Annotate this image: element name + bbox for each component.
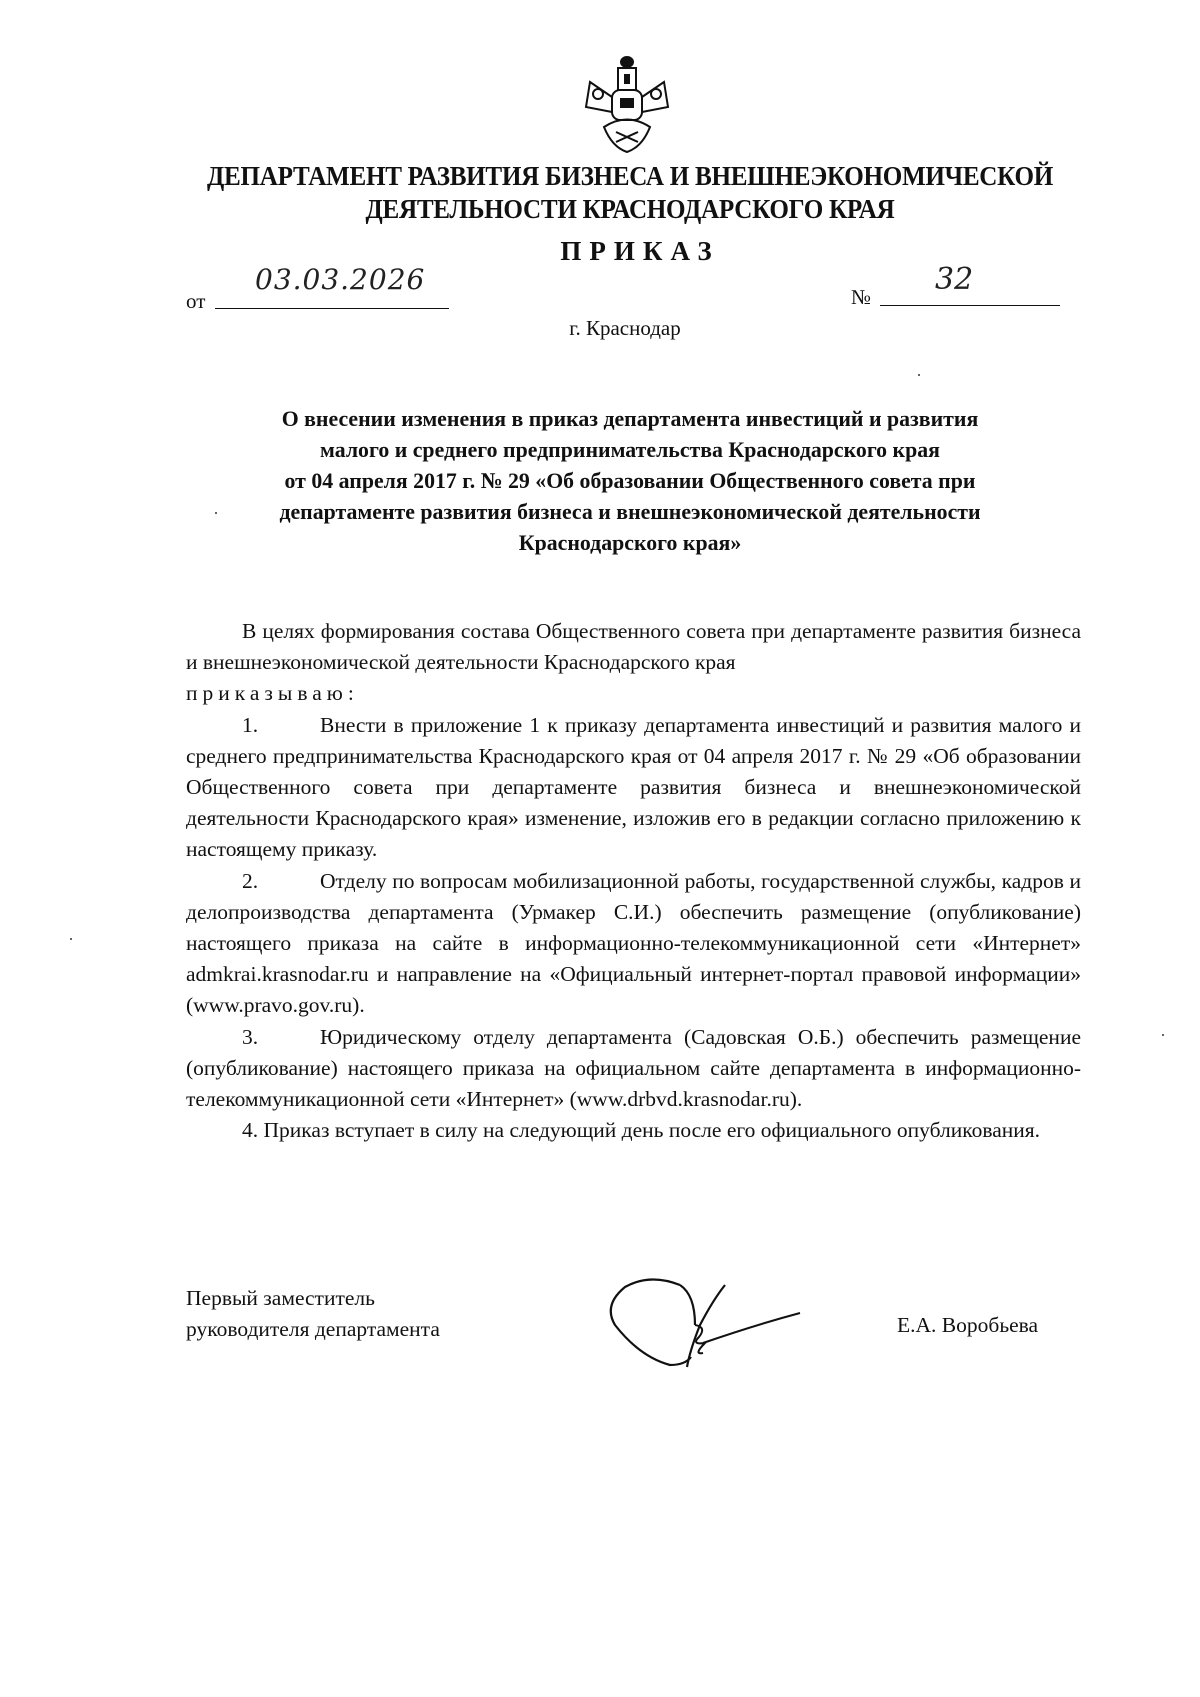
item-text: Приказ вступает в силу на следующий день… [264,1118,1041,1142]
scan-speck [1162,1034,1164,1036]
order-item-4: 4. Приказ вступает в силу на следующий д… [186,1115,1081,1146]
scan-speck [918,374,920,376]
number-underline [880,305,1060,306]
item-number: 4. [242,1118,258,1142]
coat-of-arms-emblem [582,52,672,158]
department-title-line1: ДЕПАРТАМЕНТ РАЗВИТИЯ БИЗНЕСА И ВНЕШНЕЭКО… [184,160,1077,193]
order-item-1: 1.Внести в приложение 1 к приказу департ… [186,710,1081,866]
handwritten-signature [595,1265,815,1375]
item-text: Отделу по вопросам мобилизационной работ… [186,869,1081,1018]
subject-line: малого и среднего предпринимательства Кр… [203,434,1057,465]
handwritten-number: 32 [935,262,973,297]
preamble-text: В целях формирования состава Общественно… [186,619,1081,674]
scan-speck [70,938,72,940]
handwritten-date: 03.03.2026 [255,263,425,296]
subject-line: от 04 апреля 2017 г. № 29 «Об образовани… [203,465,1057,496]
preamble-paragraph: В целях формирования состава Общественно… [186,616,1081,678]
item-text: Юридическому отделу департамента (Садовс… [186,1025,1081,1111]
item-text: Внести в приложение 1 к приказу департам… [186,713,1081,862]
subject-line: О внесении изменения в приказ департамен… [203,403,1057,434]
item-number: 3. [242,1022,320,1053]
date-underline [215,308,449,309]
order-subject: О внесении изменения в приказ департамен… [203,403,1057,558]
subject-line: департаменте развития бизнеса и внешнеэк… [203,496,1057,527]
signatory-position: Первый заместитель руководителя департам… [186,1283,440,1345]
department-title: ДЕПАРТАМЕНТ РАЗВИТИЯ БИЗНЕСА И ВНЕШНЕЭКО… [184,160,1077,226]
document-type-heading: ПРИКАЗ [0,236,1200,267]
department-title-line2: ДЕЯТЕЛЬНОСТИ КРАСНОДАРСКОГО КРАЯ [184,193,1077,226]
date-label: от [186,289,205,314]
scan-speck [215,512,217,514]
city-line: г. Краснодар [0,316,1200,341]
order-item-2: 2.Отделу по вопросам мобилизационной раб… [186,866,1081,1022]
position-line1: Первый заместитель [186,1283,440,1314]
item-number: 2. [242,866,320,897]
order-item-3: 3.Юридическому отделу департамента (Садо… [186,1022,1081,1116]
position-line2: руководителя департамента [186,1314,440,1345]
order-body: В целях формирования состава Общественно… [186,616,1081,1146]
item-number: 1. [242,710,320,741]
signatory-name: Е.А. Воробьева [897,1313,1038,1338]
number-label: № [851,285,871,310]
subject-line: Краснодарского края» [203,527,1057,558]
order-word: приказываю: [186,678,1081,709]
